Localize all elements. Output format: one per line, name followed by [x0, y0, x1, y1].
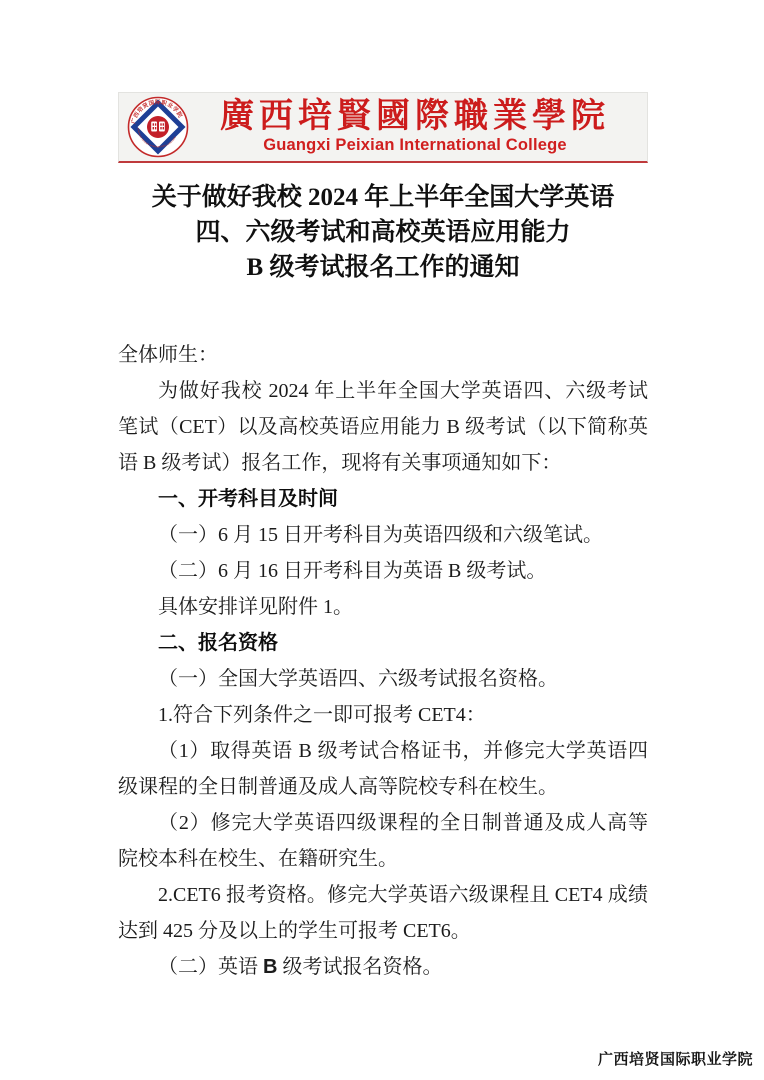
college-name-english: Guangxi Peixian International College: [189, 137, 641, 154]
body-line: 达到 425 分及以上的学生可报考 CET6。: [118, 913, 648, 949]
notice-title: 关于做好我校 2024 年上半年全国大学英语 四、六级考试和高校英语应用能力 B…: [118, 180, 648, 285]
body-text-run: （一）6 月 15 日开考科目为英语四级和六级笔试。: [158, 524, 603, 546]
body-line: （二）6 月 16 日开考科目为英语 B 级考试。: [118, 553, 648, 589]
document-page: 广西培贤国际职业学院 GUANGXI PEIXIAN INTERNATIONAL…: [0, 0, 764, 1080]
body-line: 具体安排详见附件 1。: [118, 589, 648, 625]
body-text-run: 语 B 级考试）报名工作，现将有关事项通知如下：: [118, 452, 561, 474]
body-text-run: （二）英语: [158, 956, 263, 978]
body-line: 为做好我校 2024 年上半年全国大学英语四、六级考试: [118, 373, 648, 409]
section-heading-text: 一、开考科目及时间: [158, 488, 338, 510]
body-text-run: 2.CET6 报考资格。修完大学英语六级课程且 CET4 成绩: [158, 884, 648, 906]
section-heading-text: 二、报名资格: [158, 632, 278, 654]
letterhead-text: 廣西培賢國際職業學院 Guangxi Peixian International…: [189, 100, 647, 154]
body-text-run: （二）6 月 16 日开考科目为英语 B 级考试。: [158, 560, 546, 582]
body-text-run: 全体师生：: [118, 344, 218, 366]
body-text-run: 1.符合下列条件之一即可报考 CET4：: [158, 704, 486, 726]
notice-title-line-3: B 级考试报名工作的通知: [118, 250, 648, 285]
body-line: （一）全国大学英语四、六级考试报名资格。: [118, 661, 648, 697]
body-line: 2.CET6 报考资格。修完大学英语六级课程且 CET4 成绩: [118, 877, 648, 913]
body-line: 笔试（CET）以及高校英语应用能力 B 级考试（以下简称英: [118, 409, 648, 445]
college-name-calligraphy: 廣西培賢國際職業學院: [189, 100, 641, 134]
body-text-run: （一）全国大学英语四、六级考试报名资格。: [158, 668, 558, 690]
body-text-run: 级考试报名资格。: [277, 956, 442, 978]
body-text-run: 达到 425 分及以上的学生可报考 CET6。: [118, 920, 471, 942]
document-body: 全体师生：为做好我校 2024 年上半年全国大学英语四、六级考试笔试（CET）以…: [118, 337, 648, 985]
body-line: （二）英语 B 级考试报名资格。: [118, 949, 648, 985]
body-line: （2）修完大学英语四级课程的全日制普通及成人高等: [118, 805, 648, 841]
body-line: （1）取得英语 B 级考试合格证书，并修完大学英语四: [118, 733, 648, 769]
body-line: 二、报名资格: [118, 625, 648, 661]
body-text-run: 笔试（CET）以及高校英语应用能力 B 级考试（以下简称英: [118, 416, 648, 438]
college-emblem-icon: 广西培贤国际职业学院 GUANGXI PEIXIAN INTERNATIONAL…: [127, 96, 189, 158]
body-text-run: （1）取得英语 B 级考试合格证书，并修完大学英语四: [158, 740, 648, 762]
body-text-run: 院校本科在校生、在籍研究生。: [118, 848, 398, 870]
body-line: 一、开考科目及时间: [118, 481, 648, 517]
notice-title-line-1: 关于做好我校 2024 年上半年全国大学英语: [118, 180, 648, 215]
body-text-run: 为做好我校 2024 年上半年全国大学英语四、六级考试: [158, 380, 648, 402]
body-text-run: （2）修完大学英语四级课程的全日制普通及成人高等: [158, 812, 648, 834]
notice-title-line-2: 四、六级考试和高校英语应用能力: [118, 215, 648, 250]
body-line: 全体师生：: [118, 337, 648, 373]
body-line: 语 B 级考试）报名工作，现将有关事项通知如下：: [118, 445, 648, 481]
body-text-run: 级课程的全日制普通及成人高等院校专科在校生。: [118, 776, 558, 798]
body-line: 级课程的全日制普通及成人高等院校专科在校生。: [118, 769, 648, 805]
body-text-run: B: [263, 956, 277, 978]
body-line: 院校本科在校生、在籍研究生。: [118, 841, 648, 877]
body-line: （一）6 月 15 日开考科目为英语四级和六级笔试。: [118, 517, 648, 553]
page-footer: 广西培贤国际职业学院: [598, 1048, 753, 1069]
body-line: 1.符合下列条件之一即可报考 CET4：: [118, 697, 648, 733]
body-text-run: 具体安排详见附件 1。: [158, 596, 353, 618]
letterhead: 广西培贤国际职业学院 GUANGXI PEIXIAN INTERNATIONAL…: [118, 92, 648, 163]
